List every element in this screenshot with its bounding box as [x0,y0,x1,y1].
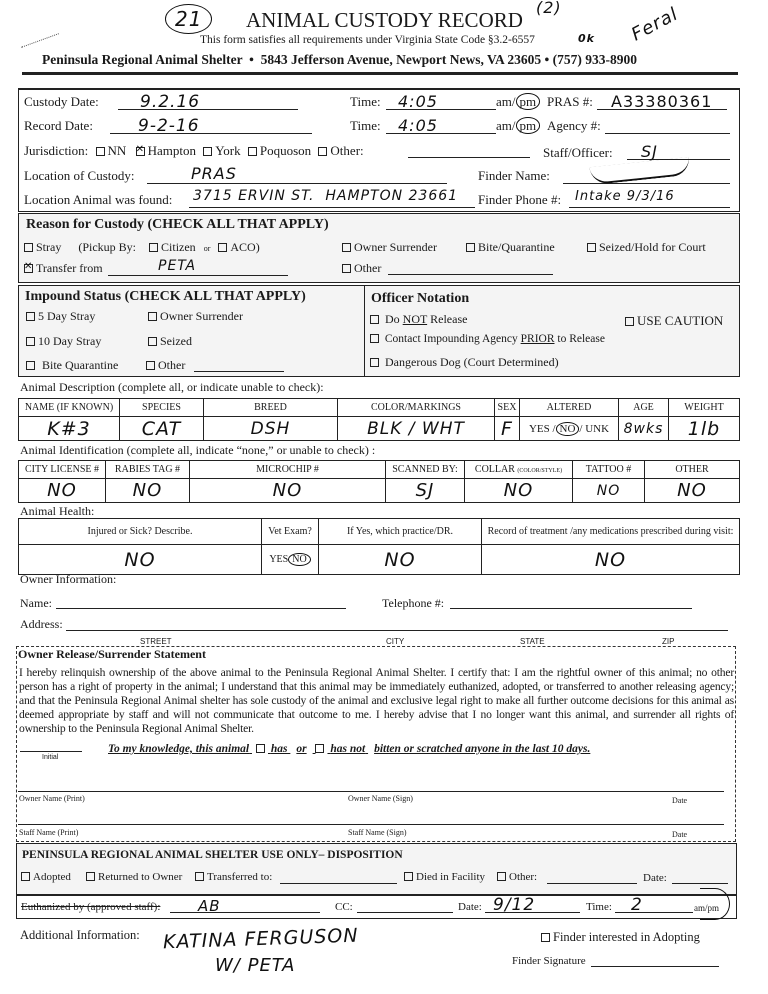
location-found-field[interactable]: 3715 ERVIN ST. HAMPTON 23661 [189,188,475,208]
checkbox-icon [541,933,550,942]
jurisdiction-other[interactable]: Other: [318,143,363,158]
jurisdiction-hampton[interactable]: Hampton [136,143,196,158]
jurisdiction-york[interactable]: York [203,143,240,158]
finder-adopting[interactable]: Finder interested in Adopting [541,930,700,945]
page-title: ANIMAL CUSTODY RECORD [246,8,523,33]
jurisdiction-poquoson[interactable]: Poquoson [248,143,311,158]
reason-other[interactable]: Other [342,261,381,276]
disposition-title: PENINSULA REGIONAL ANIMAL SHELTER USE ON… [22,849,403,861]
staff-print-caption: Staff Name (Print) [19,828,78,837]
reason-stray[interactable]: Stray [24,240,61,254]
identification-label: Animal Identification (complete all, ind… [20,443,375,458]
cell-treatment[interactable]: NO [482,545,740,575]
col-color: COLOR/MARKINGS [338,399,495,417]
owner-phone-field[interactable] [450,594,692,609]
checkbox-icon [256,744,265,753]
cell-altered[interactable]: YES /NO/ UNK [520,417,619,441]
owner-address-label: Address: [20,617,63,632]
euth-field[interactable]: AB [170,897,320,913]
euth-label: Euthanized by (approved staff): [21,901,160,913]
col-collar: COLLAR (COLOR/STYLE) [465,461,573,479]
checked-checkbox-icon [136,147,145,156]
health-label: Animal Health: [20,504,94,519]
custody-ampm[interactable]: am/pm [496,94,540,110]
reason-seized[interactable]: Seized/Hold for Court [587,240,706,255]
reason-transfer[interactable]: Transfer from [24,261,103,275]
ok-annotation: 0k [578,32,595,45]
checkbox-icon [370,315,379,324]
cell-sex[interactable]: F [495,417,520,441]
euth-date-field[interactable]: 9/12 [485,895,580,913]
checkbox-icon [625,317,634,326]
col-breed: BREED [204,399,338,417]
checkbox-icon [203,147,212,156]
checkbox-icon [370,358,379,367]
case-number-annotation: 21 [165,4,212,34]
table-row: NO NO NO SJ NO NO NO [19,479,740,503]
staff-label: Staff/Officer: [543,145,613,161]
checkbox-icon [96,147,105,156]
cell-vet-exam[interactable]: YESNO [262,545,319,575]
additional-info-line2: W/ PETA [215,955,295,976]
cell-other[interactable]: NO [645,479,740,503]
animal-identification-table: CITY LICENSE # RABIES TAG # MICROCHIP # … [18,460,740,503]
jurisdiction-nn[interactable]: NN [96,143,127,158]
animal-description-table: NAME (IF KNOWN) SPECIES BREED COLOR/MARK… [18,398,740,441]
euth-date-label: Date: [458,901,482,913]
street-caption: STREET [140,637,172,646]
col-name: NAME (IF KNOWN) [19,399,120,417]
col-altered: ALTERED [520,399,619,417]
col-weight: WEIGHT [669,399,740,417]
checkbox-icon [195,872,204,881]
checkbox-icon [315,744,324,753]
location-custody-field[interactable]: PRAS [147,164,447,184]
reason-bite-quarantine[interactable]: Bite/Quarantine [466,240,555,255]
additional-info-line1: KATINA FERGUSON [163,925,359,954]
checked-checkbox-icon [24,264,33,273]
impound-owner-surrender[interactable]: Owner Surrender [148,309,243,324]
checkbox-icon [497,872,506,881]
col-injured: Injured or Sick? Describe. [19,519,262,545]
owner-sign-caption: Owner Name (Sign) [348,794,413,803]
release-text: I hereby relinquish ownership of the abo… [19,666,734,736]
checkbox-icon [148,337,157,346]
stray-mark [21,33,59,48]
custody-date-label: Custody Date: [24,94,99,110]
disposition-date-label: Date: [643,872,667,884]
cell-age[interactable]: 8wks [619,417,669,441]
checkbox-icon [218,243,227,252]
col-scanned-by: SCANNED BY: [386,461,465,479]
bite-has-checkbox[interactable]: has [256,743,288,755]
record-time-field[interactable]: 4:05 [386,116,496,134]
pm-circled: pm [516,93,541,110]
checkbox-icon [26,361,35,370]
jurisdiction-row: Jurisdiction: NN Hampton York Poquoson O… [24,143,364,159]
cell-city-license[interactable]: NO [19,479,106,503]
feral-annotation: Feral [628,4,682,46]
record-date-field[interactable]: 9-2-16 [110,116,312,134]
finder-signature-field[interactable] [591,953,719,967]
zip-caption: ZIP [662,637,674,646]
reason-citizen[interactable]: Citizen [149,240,196,254]
disposition-returned[interactable]: Returned to Owner [86,871,182,883]
owner-name-label: Name: [20,596,52,611]
checkbox-icon [148,312,157,321]
checkbox-icon [404,872,413,881]
euth-time-field[interactable]: 2 [615,895,693,913]
col-treatment: Record of treatment /any medications pre… [482,519,740,545]
custody-time-field[interactable]: 4:05 [386,92,496,110]
impound-seized[interactable]: Seized [148,334,192,349]
animal-health-table: Injured or Sick? Describe. Vet Exam? If … [18,518,740,575]
staff-sign-caption: Staff Name (Sign) [348,828,407,837]
checkbox-icon [370,334,379,343]
checkbox-icon [146,361,155,370]
checkbox-icon [248,147,257,156]
record-date-label: Record Date: [24,118,93,134]
euth-time-label: Time: [586,901,612,913]
record-ampm[interactable]: am/pm [496,118,540,134]
jurisdiction-other-field[interactable] [408,142,530,158]
agency-label: Agency #: [547,118,601,134]
col-rabies-tag: RABIES TAG # [106,461,190,479]
checkbox-icon [318,147,327,156]
officer-use-caution[interactable]: USE CAUTION [625,313,723,329]
col-microchip: MICROCHIP # [190,461,386,479]
cc-label: CC: [335,901,353,913]
location-found-label: Location Animal was found: [24,192,172,208]
cell-scanned-by[interactable]: SJ [386,479,465,503]
reason-owner-surrender[interactable]: Owner Surrender [342,240,437,255]
staff-sign-line[interactable] [18,824,724,825]
disposition-date-field[interactable] [672,870,728,884]
custody-date-field[interactable]: 9.2.16 [118,92,298,110]
state-caption: STATE [520,637,545,646]
officer-do-not-release[interactable]: Do NOT Release [370,312,467,327]
record-time-label: Time: [350,118,381,134]
finder-signature-label: Finder Signature [512,955,586,967]
transferred-to-field[interactable] [280,870,397,884]
no-circled: NO [556,422,580,436]
cell-color[interactable]: BLK / WHT [338,417,495,441]
custody-time-label: Time: [350,94,381,110]
pras-label: PRAS #: [547,94,593,110]
checkbox-icon [26,337,35,346]
cell-microchip[interactable]: NO [190,479,386,503]
reason-row-1: Stray (Pickup By: Citizen or ACO) Owner … [24,240,734,255]
owner-sign-line[interactable] [18,791,724,792]
description-label: Animal Description (complete all, or ind… [20,380,324,395]
pras-field[interactable]: A33380361 [597,92,727,110]
city-caption: CITY [386,637,404,646]
impound-bite[interactable]: Bite Quarantine [26,358,118,373]
cell-injured[interactable]: NO [19,545,262,575]
cell-practice[interactable]: NO [319,545,482,575]
cell-species[interactable]: CAT [120,417,204,441]
agency-field[interactable] [605,116,730,134]
impound-5day[interactable]: 5 Day Stray [26,309,95,324]
col-tattoo: TATTOO # [573,461,645,479]
shelter-address: Peninsula Regional Animal Shelter • 5843… [42,52,637,68]
col-other: OTHER [645,461,740,479]
cell-rabies-tag[interactable]: NO [106,479,190,503]
officer-dangerous-dog[interactable]: Dangerous Dog (Court Determined) [370,355,559,370]
checkbox-icon [149,243,158,252]
cell-tattoo[interactable]: NO [573,479,645,503]
additional-info-label: Additional Information: [20,928,140,943]
reason-aco[interactable]: ACO) [218,240,259,254]
top-annotation: (2) [536,0,562,17]
officer-contact-prior[interactable]: Contact Impounding Agency PRIOR to Relea… [370,333,605,345]
cc-field[interactable] [357,897,453,913]
checkbox-icon [24,243,33,252]
table-row: K#3 CAT DSH BLK / WHT F YES /NO/ UNK 8wk… [19,417,740,441]
cell-name[interactable]: K#3 [19,417,120,441]
no-circled: NO [288,553,310,566]
circled-pm-mark [700,888,730,920]
owner-print-caption: Owner Name (Print) [19,794,85,803]
disposition-adopted[interactable]: Adopted [21,871,71,883]
release-title: Owner Release/Surrender Statement [18,647,206,662]
col-age: AGE [619,399,669,417]
cell-breed[interactable]: DSH [204,417,338,441]
col-practice: If Yes, which practice/DR. [319,519,482,545]
checkbox-icon [26,312,35,321]
col-sex: SEX [495,399,520,417]
disposition-died[interactable]: Died in Facility [404,871,485,883]
checkbox-icon [342,243,351,252]
location-custody-label: Location of Custody: [24,168,135,184]
owner-address-field[interactable] [66,615,728,631]
col-city-license: CITY LICENSE # [19,461,106,479]
disposition-other-field[interactable] [547,870,637,884]
col-species: SPECIES [120,399,204,417]
checkbox-icon [587,243,596,252]
table-row: NO YESNO NO NO [19,545,740,575]
impound-10day[interactable]: 10 Day Stray [26,334,101,349]
checkbox-icon [21,872,30,881]
staff-date-caption: Date [672,830,687,839]
reason-title: Reason for Custody (CHECK ALL THAT APPLY… [26,217,329,233]
disposition-other[interactable]: Other: [497,871,537,883]
bite-statement: To my knowledge, this animal has or has … [108,743,590,755]
owner-name-field[interactable] [56,594,346,609]
initial-caption: Initial [42,754,58,761]
checkbox-icon [86,872,95,881]
reason-row-2: Transfer from [24,261,103,276]
impound-title: Impound Status (CHECK ALL THAT APPLY) [25,289,306,305]
transfer-from-field[interactable]: PETA [108,258,288,276]
impound-other[interactable]: Other [146,358,185,373]
initial-field[interactable] [20,738,82,752]
header-rule [22,72,738,75]
checkbox-icon [466,243,475,252]
finder-name-label: Finder Name: [478,168,550,184]
finder-phone-label: Finder Phone #: [478,192,561,208]
form-subtitle: This form satisfies all requirements und… [200,34,535,46]
disposition-transferred[interactable]: Transferred to: [195,871,272,883]
finder-phone-field[interactable]: Intake 9/3/16 [569,188,730,208]
owner-date-caption: Date [672,796,687,805]
impound-other-field[interactable] [194,357,284,372]
checkbox-icon [342,264,351,273]
reason-other-field[interactable] [388,258,553,275]
cell-collar[interactable]: NO [465,479,573,503]
officer-title: Officer Notation [371,291,469,307]
owner-info-label: Owner Information: [20,572,116,587]
col-vet-exam: Vet Exam? [262,519,319,545]
owner-phone-label: Telephone #: [382,596,444,611]
bite-has-not-checkbox[interactable]: has not [315,743,365,755]
cell-weight[interactable]: 1lb [669,417,740,441]
